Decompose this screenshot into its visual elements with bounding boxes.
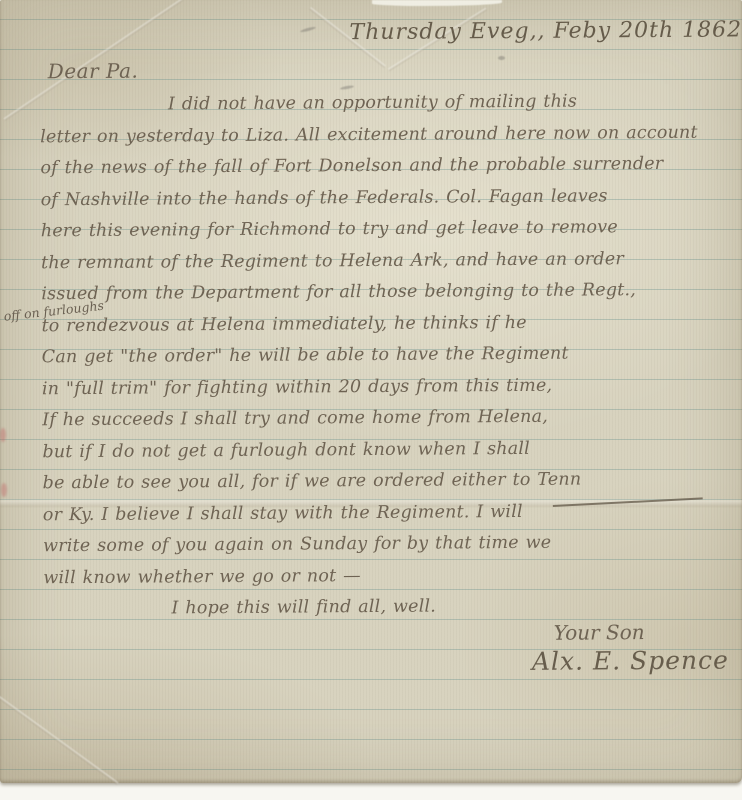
letter-signature: Alx. E. Spence <box>532 646 729 676</box>
handwriting-layer: Thursday Eveg,, Feby 20th 1862 Dear Pa. … <box>0 0 742 786</box>
letter-line: Can get "the order" he will be able to h… <box>42 338 718 374</box>
letter-line: If he succeeds I shall try and come home… <box>42 401 718 437</box>
letter-line: of Nashville into the hands of the Feder… <box>41 180 717 216</box>
letter-photograph: Thursday Eveg,, Feby 20th 1862 Dear Pa. … <box>0 0 742 800</box>
letter-dateline: Thursday Eveg,, Feby 20th 1862 <box>349 17 742 45</box>
letter-line: to rendezvous at Helena immediately, he … <box>41 306 717 342</box>
letter-line: or Ky. I believe I shall stay with the R… <box>43 495 719 531</box>
letter-line: the remnant of the Regiment to Helena Ar… <box>41 243 717 279</box>
letter-line: issued from the Department for all those… <box>41 275 717 311</box>
letter-line: I did not have an opportunity of mailing… <box>40 86 716 122</box>
letter-line: of the news of the fall of Fort Donelson… <box>40 149 716 185</box>
letter-line: write some of you again on Sunday for by… <box>43 527 719 563</box>
letter-line: in "full trim" for fighting within 20 da… <box>42 369 718 405</box>
letter-line: but if I do not get a furlough dont know… <box>42 432 718 468</box>
letter-body: I did not have an opportunity of mailing… <box>40 86 720 626</box>
letter-line: be able to see you all, for if we are or… <box>43 464 719 500</box>
letter-salutation: Dear Pa. <box>48 59 139 84</box>
letter-paper: Thursday Eveg,, Feby 20th 1862 Dear Pa. … <box>0 0 742 783</box>
letter-line: letter on yesterday to Liza. All excitem… <box>40 117 716 153</box>
letter-closing: Your Son <box>554 620 645 645</box>
letter-line: here this evening for Richmond to try an… <box>41 212 717 248</box>
letter-line: will know whether we go or not — <box>43 558 719 594</box>
